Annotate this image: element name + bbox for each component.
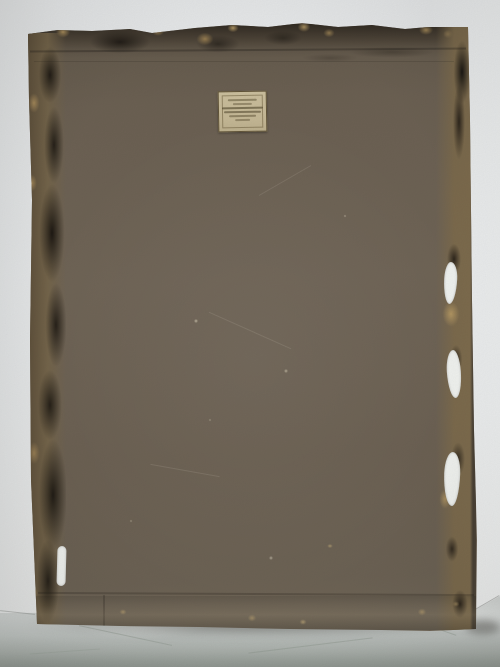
photo-artwork-verso xyxy=(0,0,500,667)
label-text-line xyxy=(235,119,250,121)
framer-label xyxy=(218,91,268,133)
floor-vein xyxy=(30,649,100,655)
label-text-line xyxy=(224,111,262,114)
label-text-line xyxy=(228,99,257,102)
label-text-block xyxy=(219,99,266,122)
board-scratch xyxy=(150,464,219,477)
label-text-line xyxy=(232,103,252,105)
tape-residue-left xyxy=(28,33,66,625)
board-crease xyxy=(34,61,454,62)
floor-vein xyxy=(248,637,372,653)
board-scratch xyxy=(259,165,311,196)
board-bottom-edge xyxy=(28,596,477,630)
label-text-line xyxy=(229,115,256,117)
board-scratch xyxy=(209,312,292,350)
label-text-line xyxy=(222,107,262,110)
white-paint-patch xyxy=(56,546,66,586)
tape-residue-top xyxy=(28,24,468,58)
backing-board xyxy=(0,0,500,667)
tape-residue-right xyxy=(436,27,476,631)
